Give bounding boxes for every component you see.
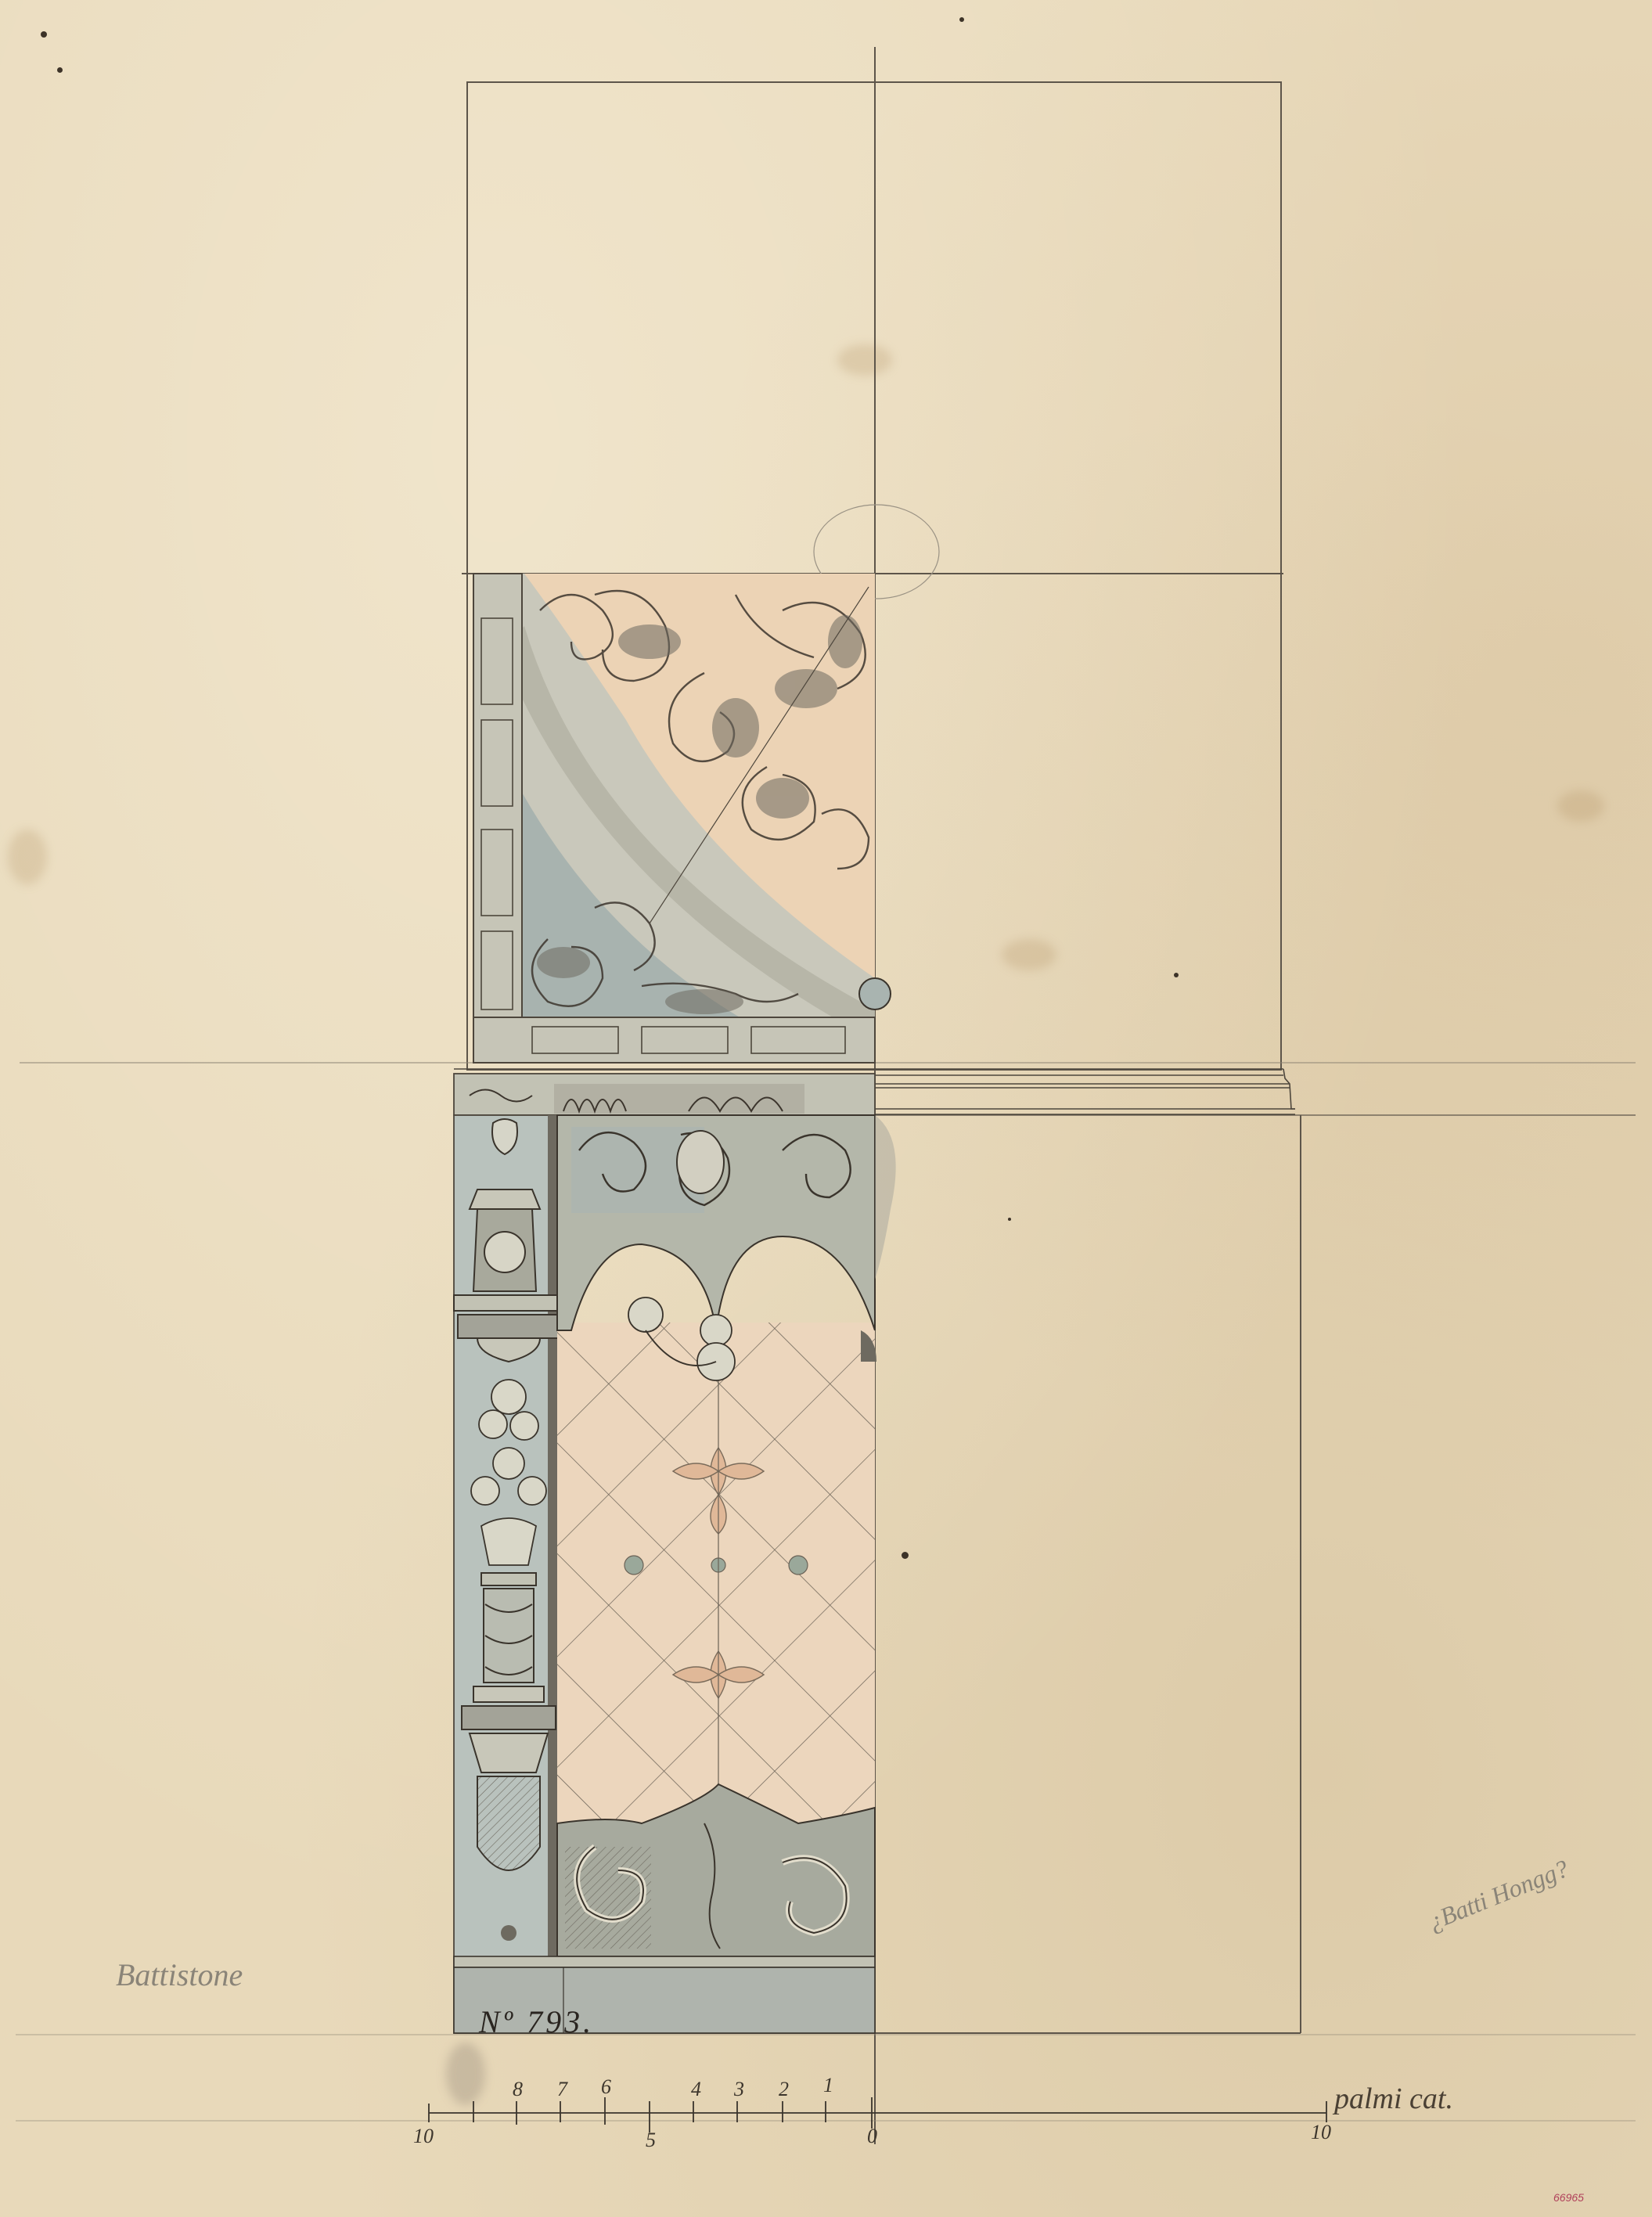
inventory-number: 66965 — [1553, 2191, 1584, 2204]
scale-label-8: 8 — [513, 2078, 523, 2101]
cornice-frieze — [454, 1074, 875, 1115]
scale-label-1: 1 — [823, 2074, 833, 2097]
scale-label-6: 6 — [601, 2075, 611, 2099]
scale-label-2: 2 — [779, 2078, 789, 2101]
scale-label-10-right: 10 — [1311, 2121, 1331, 2144]
scale-label-3: 3 — [734, 2078, 744, 2101]
pencil-note-left: Battistone — [116, 1956, 243, 1993]
scale-label-7: 7 — [557, 2078, 567, 2101]
scale-label-5: 5 — [646, 2129, 656, 2152]
ceiling-quarter-panel — [473, 574, 891, 1063]
pilaster-column — [454, 1115, 563, 2033]
scale-label-0: 0 — [867, 2125, 877, 2148]
architectural-drawing — [0, 0, 1652, 2217]
scale-label-4: 4 — [691, 2078, 701, 2101]
scale-bar — [429, 2097, 1326, 2132]
scale-unit-label: palmi cat. — [1334, 2082, 1453, 2116]
catalog-number: Nº 793. — [479, 2003, 594, 2040]
scale-label-10: 10 — [413, 2125, 434, 2148]
